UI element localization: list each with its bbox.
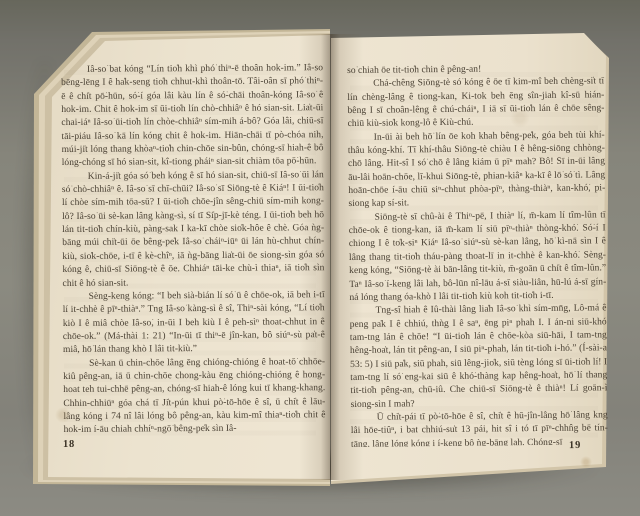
open-book-photo: Iâ-so͘ bat kóng “Lín tio̍h khì phó͘ thiⁿ… [0, 0, 640, 516]
paper-stains [0, 0, 640, 516]
